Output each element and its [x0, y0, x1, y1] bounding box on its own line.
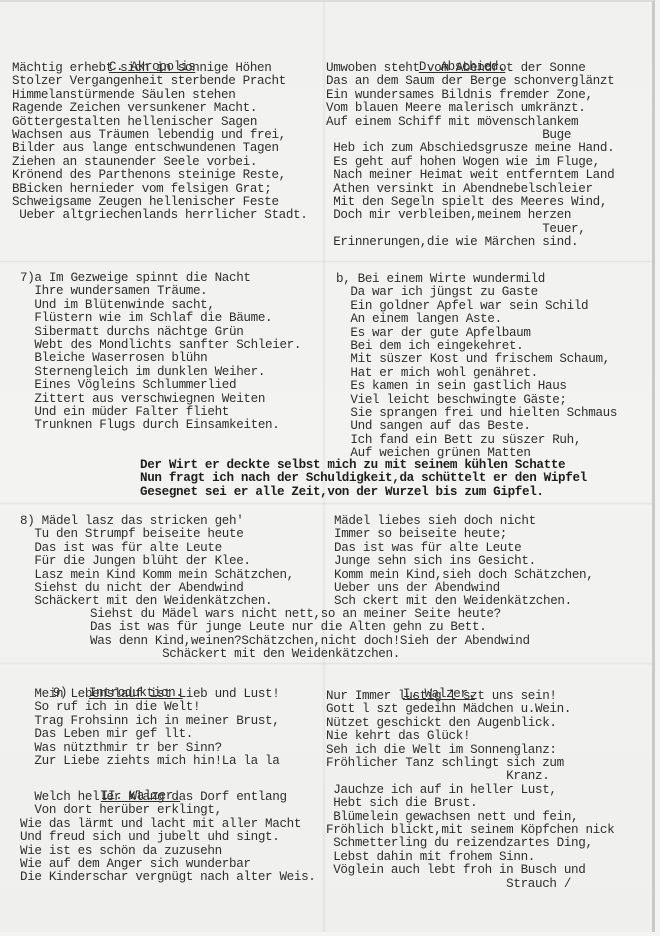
- poem-line: Himmelanstürmende Säulen stehen: [12, 89, 308, 102]
- poem-line: Schweigsame Zeugen hellenischer Feste: [12, 196, 308, 209]
- poem-line: Athen versinkt in Abendnebelschleier: [326, 183, 614, 196]
- poem-line: Erinnerungen,die wie Märchen sind.: [326, 236, 614, 249]
- poem-line: Vöglein auch lebt froh in Busch und: [326, 864, 614, 877]
- poem-line: Strauch /: [326, 878, 614, 891]
- poem-line: 8) Mädel lasz das stricken geh': [20, 515, 294, 528]
- paper-fold-horizontal: [0, 662, 652, 665]
- poem-line: Schmetterling du reizendzartes Ding,: [326, 837, 614, 850]
- poem-line: Teuer,: [326, 223, 614, 236]
- poem-line: Das ist was für junge Leute nur die Alte…: [90, 621, 530, 634]
- poem-line: An einem langen Aste.: [336, 313, 617, 326]
- poem-line: Junge sehn sich ins Gesicht.: [334, 555, 593, 568]
- poem-line: Für die Jungen blüht der Klee.: [20, 555, 294, 568]
- poem-line: Mädel liebes sieh doch nicht: [334, 515, 593, 528]
- poem-line: Fröhlich blickt,mit seinem Köpfchen nick: [326, 824, 614, 837]
- poem-line: Webt des Mondlichts sanfter Schleier.: [20, 339, 301, 352]
- poem-line: Kranz.: [326, 770, 614, 783]
- poem-line: Hat er mich wohl genähret.: [336, 367, 617, 380]
- poem-line: Stolzer Vergangenheit sterbende Pracht: [12, 75, 308, 88]
- poem-line: Nützet geschickt den Augenblick.: [326, 717, 614, 730]
- poem-line: Die Kinderschar vergnügt nach alter Weis…: [20, 871, 316, 884]
- poem-line: Nach meiner Heimat weit entferntem Land: [326, 169, 614, 182]
- poem-line: Seh ich die Welt im Sonnenglanz:: [326, 744, 614, 757]
- poem-line: Krönend des Parthenons steinige Reste,: [12, 169, 308, 182]
- poem-line: Und freud sich und jubelt uhd singt.: [20, 831, 316, 844]
- poem-line: Ein goldner Apfel war sein Schild: [336, 300, 617, 313]
- poem-line: Heb ich zum Abschiedsgrusze meine Hand.: [326, 142, 614, 155]
- section-c-poem: Mächtig erhebt sich in sonnige HöhenStol…: [12, 62, 308, 223]
- section-8-left: 8) Mädel lasz das stricken geh' Tu den S…: [20, 515, 294, 609]
- poem-line: Trag Frohsinn ich in meiner Brust,: [20, 715, 279, 728]
- poem-line: Ihre wundersamen Träume.: [20, 285, 301, 298]
- poem-line: Auf einem Schiff mit mövenschlankem: [326, 116, 614, 129]
- poem-line: Wie auf dem Anger sich wunderbar: [20, 858, 316, 871]
- walzer-2-poem: Welch heller Klang das Dorf entlang Von …: [20, 791, 316, 885]
- typewritten-page: C. Akropolis Mächtig erhebt sich in sonn…: [0, 0, 655, 932]
- poem-line: Hebt sich die Brust.: [326, 797, 614, 810]
- poem-line: Jauchze ich auf in heller Lust,: [326, 784, 614, 797]
- poem-line: Ragende Zeichen versunkener Macht.: [12, 102, 308, 115]
- poem-line: Und ein müder Falter flieht: [20, 406, 301, 419]
- poem-line: Von dort herüber erklingt,: [20, 804, 316, 817]
- poem-line: Nun fragt ich nach der Schuldigkeit,da s…: [140, 472, 587, 485]
- poem-line: Gott l szt gedeihn Mädchen u.Wein.: [326, 703, 614, 716]
- poem-line: b, Bei einem Wirte wundermild: [336, 273, 617, 286]
- poem-line: Ich fand ein Bett zu süszer Ruh,: [336, 434, 617, 447]
- poem-line: Und im Blütenwinde sacht,: [20, 299, 301, 312]
- poem-line: Bilder aus lange entschwundenen Tagen: [12, 142, 308, 155]
- poem-line: Es war der gute Apfelbaum: [336, 327, 617, 340]
- poem-line: Flüstern wie im Schlaf die Bäume.: [20, 312, 301, 325]
- poem-line: Lasz mein Kind Komm mein Schätzchen,: [20, 569, 294, 582]
- poem-line: Das an dem Saum der Berge schonverglänzt: [326, 75, 614, 88]
- poem-line: Umwoben steht vom Abendrot der Sonne: [326, 62, 614, 75]
- poem-line: Zur Liebe ziehts mich hin!La la la: [20, 755, 279, 768]
- poem-line: Und sangen auf das Beste.: [336, 420, 617, 433]
- poem-line: Ueber altgriechenlands herrlicher Stadt.: [12, 209, 308, 222]
- poem-line: Ein wundersames Bildnis fremder Zone,: [326, 89, 614, 102]
- poem-line: Tu den Strumpf beiseite heute: [20, 528, 294, 541]
- poem-line: Das Leben mir gef llt.: [20, 728, 279, 741]
- poem-line: Es kamen in sein gastlich Haus: [336, 380, 617, 393]
- poem-line: Vom blauen Meere malerisch umkränzt.: [326, 102, 614, 115]
- paper-fold-horizontal: [0, 502, 652, 505]
- poem-line: Das ist was für alte Leute: [20, 542, 294, 555]
- poem-line: Der Wirt er deckte selbst mich zu mit se…: [140, 459, 587, 472]
- poem-line: Sibermatt durchs nächtge Grün: [20, 326, 301, 339]
- section-8-closing: Siehst du Mädel wars nicht nett,so an me…: [90, 608, 530, 662]
- poem-line: Siehst du nicht der Abendwind: [20, 582, 294, 595]
- poem-line: Fröhlicher Tanz schlingt sich zum: [326, 757, 614, 770]
- poem-line: Doch mir verbleiben,meinem herzen: [326, 209, 614, 222]
- paper-fold-horizontal: [0, 260, 652, 263]
- poem-line: Was denn Kind,weinen?Schätzchen,nicht do…: [90, 635, 530, 648]
- poem-line: Es geht auf hohen Wogen wie im Fluge,: [326, 156, 614, 169]
- poem-line: Ziehen an staunender Seele vorbei.: [12, 156, 308, 169]
- poem-line: Buge: [326, 129, 614, 142]
- poem-line: Blümelein gewachsen nett und fein,: [326, 811, 614, 824]
- poem-line: Wie ist es schön da zuzusehn: [20, 845, 316, 858]
- poem-line: Göttergestalten hellenischer Sagen: [12, 116, 308, 129]
- section-7a-poem: 7)a Im Gezweige spinnt die Nacht Ihre wu…: [20, 272, 301, 433]
- poem-line: BBicken hernieder vom felsigen Grat;: [12, 183, 308, 196]
- section-7b-closing: Der Wirt er deckte selbst mich zu mit se…: [140, 459, 587, 499]
- poem-line: Nur Immer lustig l szt uns sein!: [326, 690, 614, 703]
- poem-line: Bei dem ich eingekehret.: [336, 340, 617, 353]
- poem-line: Wie das lärmt und lacht mit aller Macht: [20, 818, 316, 831]
- poem-line: Ueber uns der Abendwind: [334, 582, 593, 595]
- poem-line: Mit den Segeln spielt des Meeres Wind,: [326, 196, 614, 209]
- section-8-right: Mädel liebes sieh doch nichtImmer so bei…: [334, 515, 593, 609]
- poem-line: Schäckert mit den Weidenkätzchen.: [90, 648, 530, 661]
- poem-line: So ruf ich in die Welt!: [20, 701, 279, 714]
- poem-line: Welch heller Klang das Dorf entlang: [20, 791, 316, 804]
- poem-line: Da war ich jüngst zu Gaste: [336, 286, 617, 299]
- poem-line: 7)a Im Gezweige spinnt die Nacht: [20, 272, 301, 285]
- poem-line: Sternengleich im dunklen Weiher.: [20, 366, 301, 379]
- poem-line: Viel leicht beschwingte Gäste;: [336, 394, 617, 407]
- poem-line: Mächtig erhebt sich in sonnige Höhen: [12, 62, 308, 75]
- poem-line: Lebst dahin mit frohem Sinn.: [326, 851, 614, 864]
- section-d-poem: Umwoben steht vom Abendrot der SonneDas …: [326, 62, 614, 250]
- poem-line: Bleiche Waserrosen blühn: [20, 352, 301, 365]
- poem-line: Mit süszer Kost und frischem Schaum,: [336, 353, 617, 366]
- poem-line: Trunknen Flugs durch Einsamkeiten.: [20, 419, 301, 432]
- walzer-1-poem: Nur Immer lustig l szt uns sein!Gott l s…: [326, 690, 614, 891]
- poem-line: Gesegnet sei er alle Zeit,von der Wurzel…: [140, 486, 587, 499]
- poem-line: Sie sprangen frei und hielten Schmaus: [336, 407, 617, 420]
- section-9-intro-poem: Mein Lebenslauf ist Lieb und Lust! So ru…: [20, 688, 279, 768]
- poem-line: Zittert aus verschwiegnen Weiten: [20, 393, 301, 406]
- poem-line: Eines Vögleins Schlummerlied: [20, 379, 301, 392]
- poem-line: Mein Lebenslauf ist Lieb und Lust!: [20, 688, 279, 701]
- poem-line: Komm mein Kind,sieh doch Schätzchen,: [334, 569, 593, 582]
- poem-line: Was nützthmir tr ber Sinn?: [20, 742, 279, 755]
- poem-line: Das ist was für alte Leute: [334, 542, 593, 555]
- poem-line: Nie kehrt das Glück!: [326, 730, 614, 743]
- poem-line: Siehst du Mädel wars nicht nett,so an me…: [90, 608, 530, 621]
- poem-line: Immer so beiseite heute;: [334, 528, 593, 541]
- poem-line: Wachsen aus Träumen lebendig und frei,: [12, 129, 308, 142]
- section-7b-poem: b, Bei einem Wirte wundermild Da war ich…: [336, 273, 617, 461]
